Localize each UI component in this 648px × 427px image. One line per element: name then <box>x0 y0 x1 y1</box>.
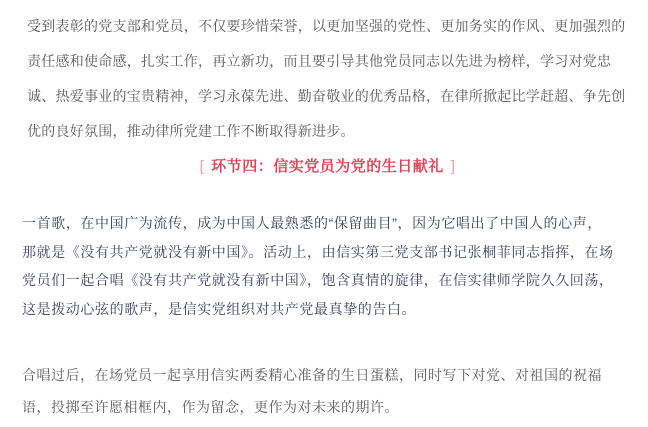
paragraph-cake: 合唱过后，在场党员一起享用信实两委精心准备的生日蛋糕，同时写下对党、对祖国的祝福… <box>22 359 628 423</box>
paragraph-line: 那就是《没有共产党就没有新中国》。活动上，由信实第三党支部书记张桐菲同志指挥，在… <box>22 238 628 267</box>
paragraph-line: 受到表彰的党支部和党员，不仅要珍惜荣誉，以更加坚强的党性、更加务实的作风、更加强… <box>27 9 628 44</box>
paragraph-commendation: 受到表彰的党支部和党员，不仅要珍惜荣誉，以更加坚强的党性、更加务实的作风、更加强… <box>27 9 628 149</box>
heading-bracket-left-icon: [ <box>200 158 205 175</box>
paragraph-line: 优的良好氛围，推动律所党建工作不断取得新进步。 <box>27 114 628 149</box>
paragraph-line: 一首歌，在中国广为流传，成为中国人最熟悉的“保留曲目”，因为它唱出了中国人的心声… <box>22 209 628 238</box>
paragraph-line: 语，投掷至许愿相框内，作为留念，更作为对未来的期许。 <box>22 391 628 423</box>
paragraph-line: 诚、热爱事业的宝贵精神，学习永葆先进、勤奋敬业的优秀品格，在律所掀起比学赶超、争… <box>27 79 628 114</box>
paragraph-song: 一首歌，在中国广为流传，成为中国人最熟悉的“保留曲目”，因为它唱出了中国人的心声… <box>22 209 628 323</box>
paragraph-line: 责任感和使命感，扎实工作，再立新功，而且要引导其他党员同志以先进为榜样，学习对党… <box>27 44 628 79</box>
paragraph-line: 党员们一起合唱《没有共产党就没有新中国》，饱含真情的旋律，在信实律师学院久久回荡… <box>22 266 628 295</box>
section-heading: [环节四：信实党员为党的生日献礼] <box>27 149 628 184</box>
paragraph-line: 这是拨动心弦的歌声，是信实党组织对共产党最真挚的告白。 <box>22 295 628 324</box>
heading-bracket-right-icon: ] <box>451 158 456 175</box>
section-heading-label: 环节四：信实党员为党的生日献礼 <box>211 158 444 175</box>
article-page: 受到表彰的党支部和党员，不仅要珍惜荣誉，以更加坚强的党性、更加务实的作风、更加强… <box>0 0 648 423</box>
paragraph-line: 合唱过后，在场党员一起享用信实两委精心准备的生日蛋糕，同时写下对党、对祖国的祝福 <box>22 359 628 391</box>
